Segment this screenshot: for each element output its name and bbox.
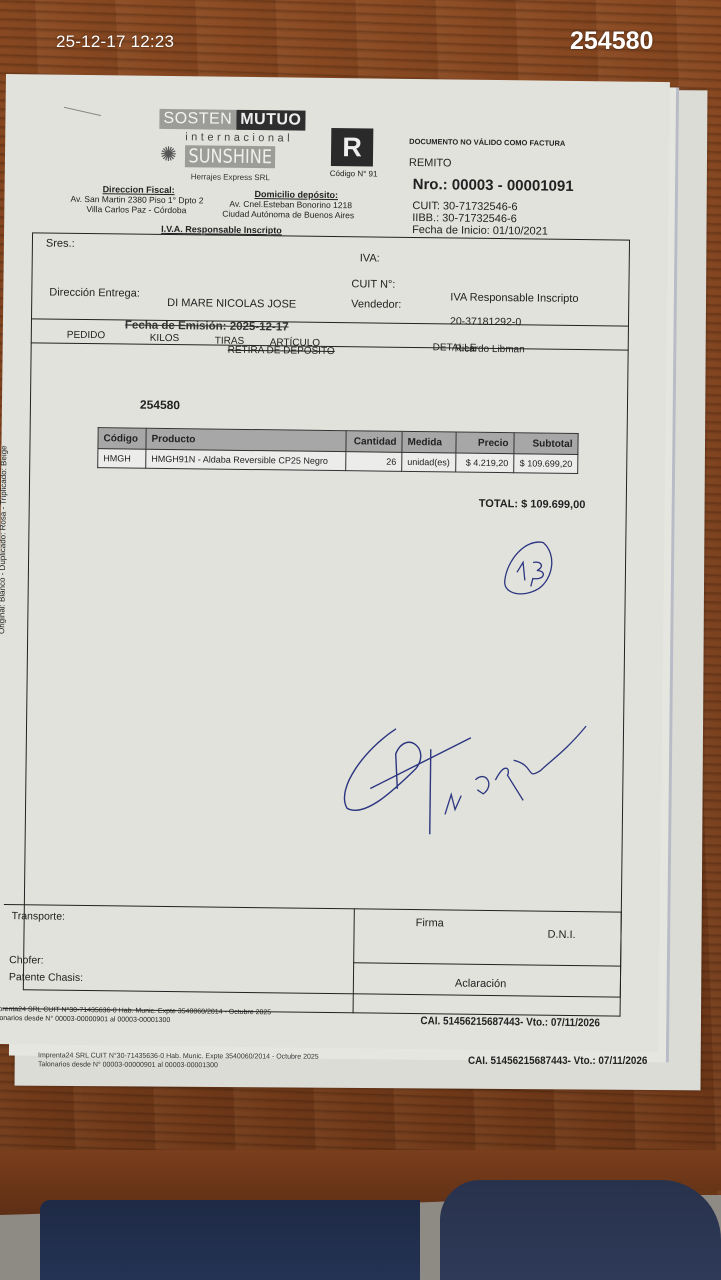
person-leg-left — [40, 1200, 420, 1280]
header-subtotal: Subtotal — [514, 433, 578, 455]
transport-label: Transporte: — [12, 910, 65, 923]
copies-note: Original: Blanco - Duplicado: Rosa - Tri… — [0, 445, 8, 634]
document-type: REMITO — [409, 157, 452, 170]
header-cantidad: Cantidad — [346, 431, 402, 453]
remito-document: SOSTEN MUTUO internacional ✺ SUNSHINE He… — [0, 74, 670, 1052]
initials-signature — [495, 532, 566, 603]
transport-box — [3, 904, 622, 1017]
photo-reference-code: 254580 — [570, 27, 653, 56]
photo-timestamp: 25-12-17 12:23 — [56, 32, 174, 52]
brand-logo-sosten-mutuo: SOSTEN MUTUO — [159, 109, 305, 131]
document-number: Nro.: 00003 - 00001091 — [413, 176, 574, 195]
iva-label: IVA: — [360, 252, 380, 264]
brand-tagline: internacional — [185, 131, 293, 144]
brand-part-2: MUTUO — [236, 110, 305, 131]
staple-mark — [64, 107, 101, 116]
client-iva-value: IVA Responsable Inscripto — [450, 291, 578, 305]
fiscal-address-line-2: Villa Carlos Paz - Córdoba — [86, 204, 186, 215]
signature-label: Firma — [416, 917, 444, 929]
cell-precio: $ 4.219,20 — [456, 453, 514, 473]
cell-producto: HMGH91N - Aldaba Reversible CP25 Negro — [146, 449, 346, 470]
client-signature — [335, 708, 597, 841]
person-leg-right — [440, 1180, 721, 1280]
column-kilos: KILOS — [150, 333, 180, 344]
brand-part-1: SOSTEN — [159, 109, 236, 130]
delivery-address-label: Dirección Entrega: — [49, 287, 140, 300]
dni-label: D.N.I. — [547, 929, 575, 941]
client-cuit-value: 20-37181292-0 — [450, 315, 521, 328]
items-table: Código Producto Cantidad Medida Precio S… — [97, 427, 578, 474]
header-precio: Precio — [456, 432, 514, 454]
document-letter-box: R — [331, 128, 373, 167]
order-reference: 254580 — [140, 398, 180, 412]
document-code: Código N° 91 — [330, 169, 378, 179]
brand-name-sunshine: SUNSHINE — [185, 145, 276, 168]
back-copy-printer-info: Imprenta24 SRL CUIT N°30-71435636-0 Hab.… — [38, 1051, 319, 1070]
cell-medida: unidad(es) — [402, 452, 456, 472]
seller-name: Ricardo Libman — [455, 344, 525, 356]
issue-date: Fecha de Emisión: 2025-12-17 — [125, 319, 289, 333]
seller-label: Vendedor: — [351, 298, 401, 311]
company-name: Herrajes Express SRL — [191, 172, 270, 182]
invoice-disclaimer: DOCUMENTO NO VÁLIDO COMO FACTURA — [409, 137, 565, 148]
column-pedido: PEDIDO — [67, 330, 105, 341]
cai-number: CAI. 51456215687443- Vto.: 07/11/2026 — [420, 1015, 600, 1029]
cell-subtotal: $ 109.699,20 — [514, 454, 578, 474]
header-producto: Producto — [146, 428, 346, 451]
chassis-label: Patente Chasis: — [9, 971, 83, 984]
cuit-label: CUIT N°: — [351, 278, 395, 291]
depot-address-line-2: Ciudad Autónoma de Buenos Aires — [222, 209, 354, 221]
pickup-note: RETIRA DE DEPOSITO — [228, 345, 335, 357]
back-printer-line-2: Talonarios desde N° 00003-00000901 al 00… — [38, 1060, 319, 1070]
driver-label: Chofer: — [9, 954, 44, 966]
clarification-label: Aclaración — [455, 978, 507, 991]
activity-start-date: Fecha de Inicio: 01/10/2021 — [412, 224, 548, 238]
header-codigo: Código — [98, 428, 146, 450]
header-medida: Medida — [402, 431, 456, 453]
sres-label: Sres.: — [46, 238, 75, 250]
sun-burst-icon: ✺ — [160, 144, 182, 166]
cell-cantidad: 26 — [346, 452, 402, 472]
cell-codigo: HMGH — [98, 449, 146, 469]
back-copy-cai: CAI. 51456215687443- Vto.: 07/11/2026 — [468, 1055, 647, 1067]
printer-info-line-2: Talonarios desde N° 00003-00000901 al 00… — [0, 1015, 170, 1024]
order-total: TOTAL: $ 109.699,00 — [479, 498, 586, 511]
client-name: DI MARE NICOLAS JOSE — [167, 297, 296, 311]
